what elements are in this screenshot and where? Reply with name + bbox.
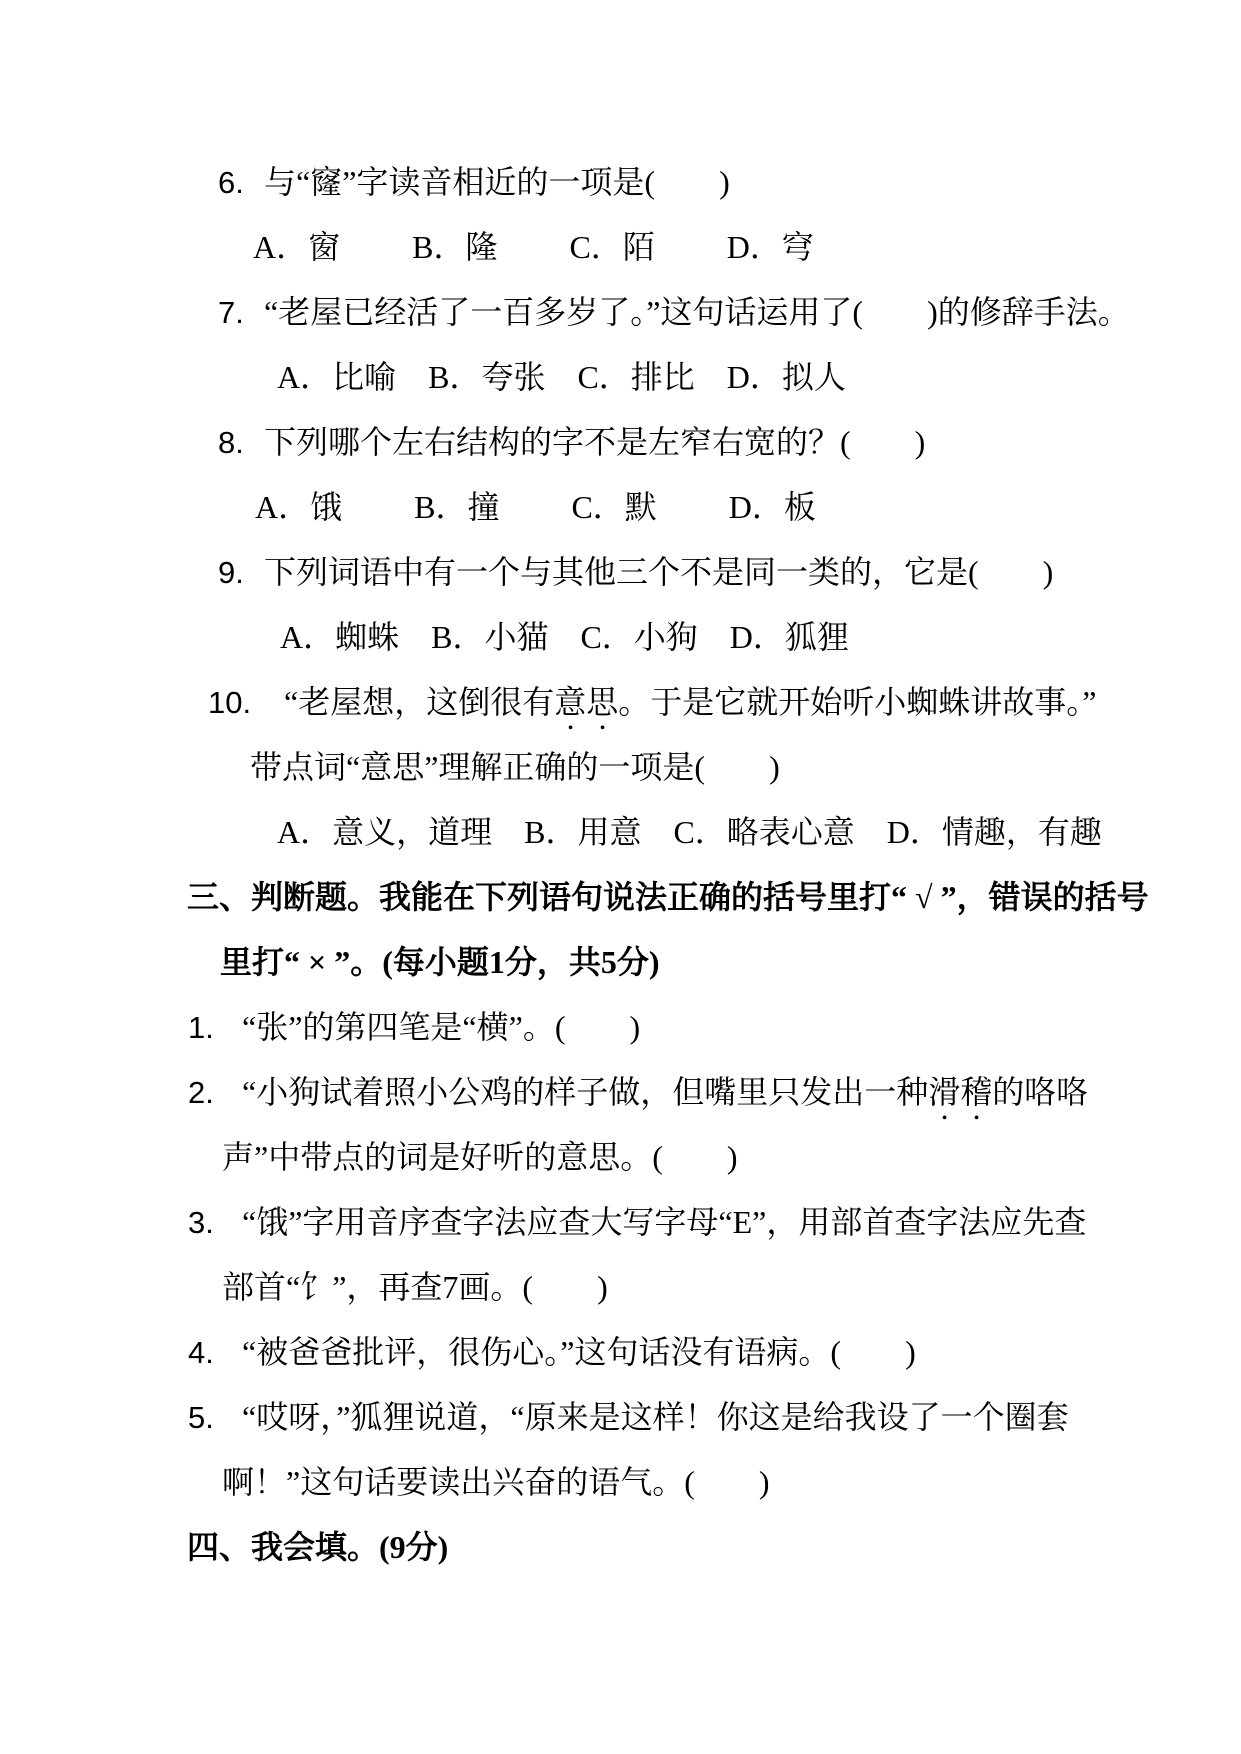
judgment-item-5-text: “哎呀，”狐狸说道，“原来是这样！你这是给我设了一个圈套 [242,1399,1069,1435]
judgment-item-2-line2: 声”中带点的词是好听的意思。( ) [0,1125,1241,1190]
question-8-options: A．饿 B．撞 C．默 D．板 [0,475,1241,540]
emphasized-word: 滑稽 [928,1074,992,1110]
judgment-item-1-number: 1. [188,995,242,1060]
judgment-item-2: 2.“小狗试着照小公鸡的样子做，但嘴里只发出一种滑稽的咯咯 [0,1060,1241,1125]
judgment-heading-line2: 里打“ × ”。(每小题1分，共5分) [0,930,1241,995]
question-8: 8.下列哪个左右结构的字不是左窄右宽的？( ) [0,410,1241,475]
question-10-line2: 带点词“意思”理解正确的一项是( ) [0,735,1241,800]
section-fill-in: 四、我会填。(9分) [0,1515,1241,1580]
judgment-item-2-number: 2. [188,1060,242,1125]
judgment-item-4: 4.“被爸爸批评，很伤心。”这句话没有语病。( ) [0,1320,1241,1385]
judgment-item-3-text: “饿”字用音序查字法应查大写字母“E”，用部首查字法应先查 [242,1204,1086,1240]
section-multiple-choice: 6.与“窿”字读音相近的一项是( ) A．窗 B．隆 C．陌 D．穹 7.“老屋… [0,150,1241,865]
question-9-options: A．蜘蛛 B．小猫 C．小狗 D．狐狸 [0,605,1241,670]
judgment-item-1: 1.“张”的第四笔是“横”。( ) [0,995,1241,1060]
judgment-item-3-line2: 部首“饣”，再查7画。( ) [0,1255,1241,1320]
emphasized-word: 意思 [554,684,618,720]
question-10-stem-post: 。于是它就开始听小蜘蛛讲故事。” [618,684,1096,720]
judgment-item-1-text: “张”的第四笔是“横”。( ) [242,1009,640,1045]
judgment-item-5-number: 5. [188,1385,242,1450]
judgment-item-3-number: 3. [188,1190,242,1255]
judgment-heading-line1: 三、判断题。我能在下列语句说法正确的括号里打“ √ ”，错误的括号 [0,865,1241,930]
question-6: 6.与“窿”字读音相近的一项是( ) [0,150,1241,215]
judgment-item-5: 5.“哎呀，”狐狸说道，“原来是这样！你这是给我设了一个圈套 [0,1385,1241,1450]
question-6-stem: 与“窿”字读音相近的一项是( ) [264,164,730,200]
question-10-stem-pre: “老屋想，这倒很有 [284,684,554,720]
question-8-number: 8. [218,410,264,475]
question-7-number: 7. [218,280,264,345]
judgment-item-2-text-pre: “小狗试着照小公鸡的样子做，但嘴里只发出一种 [242,1074,928,1110]
question-10: 10.“老屋想，这倒很有意思。于是它就开始听小蜘蛛讲故事。” [0,670,1241,735]
judgment-item-2-text-post: 的咯咯 [992,1074,1088,1110]
question-7-options: A．比喻 B．夸张 C．排比 D．拟人 [0,345,1241,410]
judgment-item-4-text: “被爸爸批评，很伤心。”这句话没有语病。( ) [242,1334,916,1370]
question-7-stem: “老屋已经活了一百多岁了。”这句话运用了( )的修辞手法。 [264,294,1130,330]
question-6-options: A．窗 B．隆 C．陌 D．穹 [0,215,1241,280]
judgment-item-5-line2: 啊！”这句话要读出兴奋的语气。( ) [0,1450,1241,1515]
question-7: 7.“老屋已经活了一百多岁了。”这句话运用了( )的修辞手法。 [0,280,1241,345]
question-9: 9.下列词语中有一个与其他三个不是同一类的，它是( ) [0,540,1241,605]
judgment-item-3: 3.“饿”字用音序查字法应查大写字母“E”，用部首查字法应先查 [0,1190,1241,1255]
question-9-number: 9. [218,540,264,605]
question-8-stem: 下列哪个左右结构的字不是左窄右宽的？( ) [264,424,925,460]
question-10-options: A．意义，道理 B．用意 C．略表心意 D．情趣，有趣 [0,800,1241,865]
worksheet-page: 6.与“窿”字读音相近的一项是( ) A．窗 B．隆 C．陌 D．穹 7.“老屋… [0,0,1241,1754]
question-9-stem: 下列词语中有一个与其他三个不是同一类的，它是( ) [264,554,1053,590]
section-judgment: 三、判断题。我能在下列语句说法正确的括号里打“ √ ”，错误的括号 里打“ × … [0,865,1241,1515]
fill-in-heading: 四、我会填。(9分) [0,1515,1241,1580]
question-6-number: 6. [218,150,264,215]
question-10-number: 10. [208,670,284,735]
judgment-item-4-number: 4. [188,1320,242,1385]
